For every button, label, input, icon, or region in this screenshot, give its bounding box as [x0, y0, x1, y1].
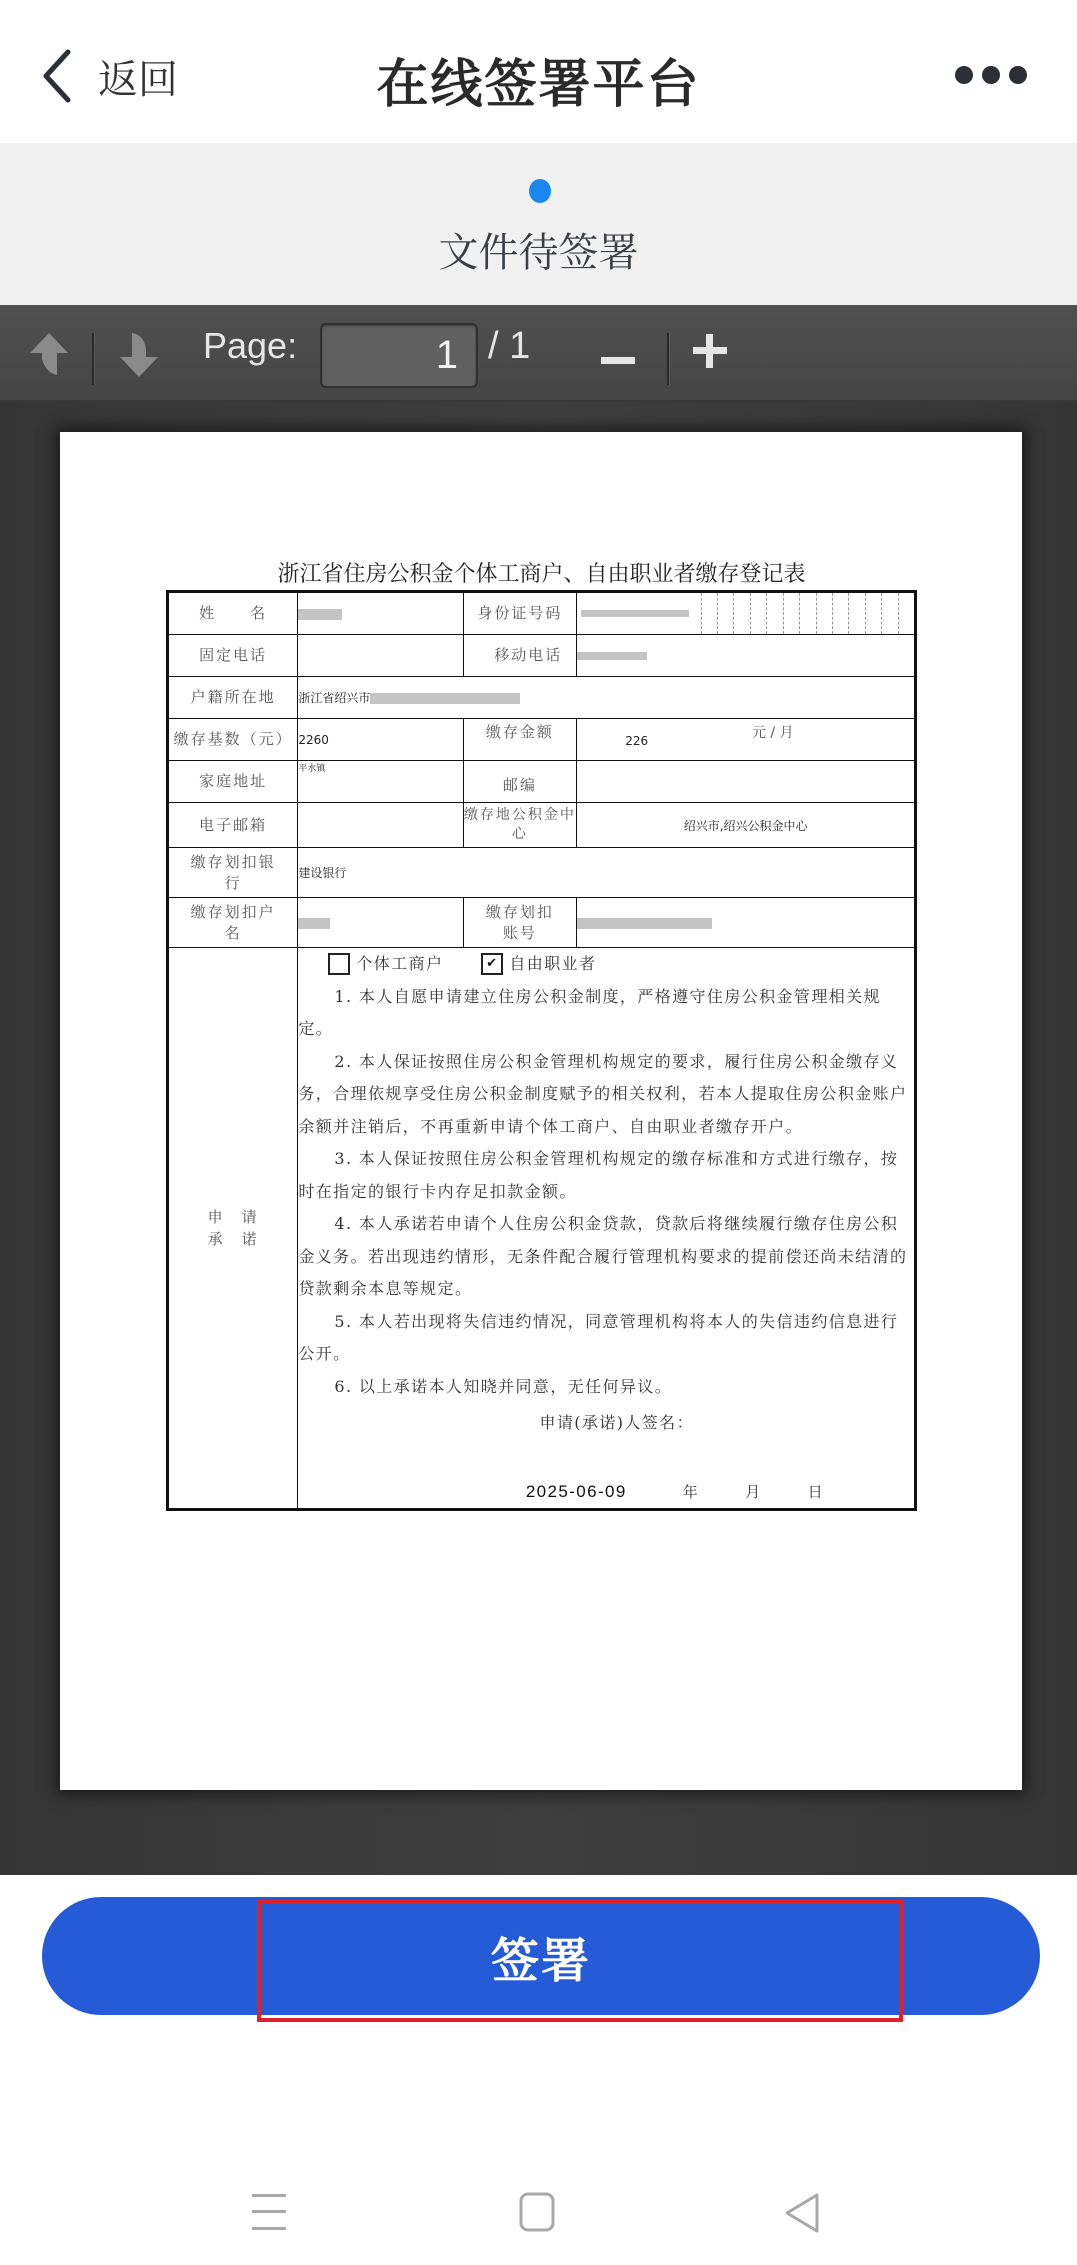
name-value: [298, 592, 463, 635]
page-total: / 1: [488, 325, 530, 368]
system-nav-bar: [0, 2140, 1077, 2265]
option-label: 个体工商户: [356, 948, 443, 981]
table-row: 家庭地址 平水镇 邮编: [168, 761, 916, 803]
registration-form-table: 姓 名 身份证号码 固定电话 移动电话 户籍所在地 浙: [166, 590, 917, 1511]
redacted-value: [581, 610, 689, 617]
date-line: 2025-06-09 年 月 日: [298, 1476, 914, 1509]
signature-label: 申请(承诺)人签名：: [298, 1407, 914, 1440]
email-value: [298, 803, 463, 848]
postcode-value: [577, 761, 916, 803]
commitment-label-line: 申 请: [169, 1206, 297, 1228]
center-label: 缴存地公积金中心: [463, 803, 577, 848]
date-value: 2025-06-09: [526, 1476, 627, 1509]
checkbox-freelancer[interactable]: ✔: [481, 953, 503, 975]
arrow-up-icon[interactable]: [24, 329, 74, 379]
account-name-value: [298, 898, 463, 948]
sign-button[interactable]: 签署: [42, 1897, 1040, 2015]
back-triangle-icon[interactable]: [782, 2192, 822, 2234]
amount-label: 缴存金额: [463, 719, 577, 761]
more-horizontal-icon: [955, 66, 973, 84]
month-label: 月: [745, 1476, 761, 1509]
commitment-content: 个体工商户 ✔ 自由职业者 1. 本人自愿申请建立住房公积金制度，严格遵守住房公…: [298, 948, 916, 1510]
page-label: Page:: [203, 325, 297, 367]
bank-value: 建设银行: [298, 848, 916, 898]
table-row: 姓 名 身份证号码: [168, 592, 916, 635]
household-value: 浙江省绍兴市: [298, 677, 916, 719]
base-value: 2260: [298, 719, 463, 761]
option-label: 自由职业者: [509, 948, 596, 981]
commitment-paragraph: 2. 本人保证按照住房公积金管理机构规定的要求，履行住房公积金缴存义务，合理依规…: [298, 1046, 914, 1144]
id-number-label: 身份证号码: [463, 592, 577, 635]
app-header: 返回 在线签署平台: [0, 0, 1077, 143]
redacted-value: [577, 918, 712, 929]
name-label: 姓 名: [168, 592, 298, 635]
account-no-label: 缴存划扣账号: [463, 898, 577, 948]
amount-value: 226 元 / 月: [577, 719, 916, 761]
checkbox-individual-business[interactable]: [328, 953, 350, 975]
menu-icon[interactable]: [250, 2192, 288, 2232]
more-horizontal-icon: [1009, 66, 1027, 84]
redacted-value: [577, 652, 647, 660]
commitment-label: 申 请 承 诺: [168, 948, 298, 1510]
commitment-paragraph: 5. 本人若出现将失信违约情况，同意管理机构将本人的失信违约信息进行公开。: [298, 1306, 914, 1371]
table-row: 缴存划扣银行 建设银行: [168, 848, 916, 898]
plus-icon[interactable]: [690, 331, 730, 371]
id-number-value: [577, 592, 916, 635]
toolbar-divider: [92, 333, 95, 385]
page-title: 在线签署平台: [0, 42, 1077, 117]
step-label: 文件待签署: [0, 221, 1077, 278]
mobile-label: 移动电话: [463, 635, 577, 677]
table-row: 缴存划扣户名 缴存划扣账号: [168, 898, 916, 948]
more-horizontal-icon: [982, 66, 1000, 84]
table-row: 固定电话 移动电话: [168, 635, 916, 677]
redacted-value: [370, 693, 520, 704]
commitment-paragraph: 4. 本人承诺若申请个人住房公积金贷款，贷款后将继续履行缴存住房公积金义务。若出…: [298, 1208, 914, 1306]
address-value: 平水镇: [298, 761, 463, 803]
account-no-value: [577, 898, 916, 948]
amount-number: 226: [625, 734, 648, 748]
commitment-paragraph: 1. 本人自愿申请建立住房公积金制度，严格遵守住房公积金管理相关规定。: [298, 981, 914, 1046]
commitment-paragraph: 6. 以上承诺本人知晓并同意，无任何异议。: [298, 1371, 914, 1404]
mobile-value: [577, 635, 916, 677]
commitment-label-line: 承 诺: [169, 1228, 297, 1250]
account-name-label: 缴存划扣户名: [168, 898, 298, 948]
home-icon[interactable]: [517, 2192, 557, 2232]
page-number-input[interactable]: [320, 323, 478, 388]
form-title: 浙江省住房公积金个体工商户、自由职业者缴存登记表: [166, 557, 917, 588]
pdf-toolbar: Page: / 1: [0, 305, 1077, 402]
bank-label: 缴存划扣银行: [168, 848, 298, 898]
postcode-label: 邮编: [463, 761, 577, 803]
minus-icon[interactable]: [601, 357, 635, 364]
day-label: 日: [808, 1476, 824, 1509]
more-options-button[interactable]: [955, 66, 1027, 84]
commitment-paragraph: 3. 本人保证按照住房公积金管理机构规定的缴存标准和方式进行缴存，按时在指定的银…: [298, 1143, 914, 1208]
redacted-value: [298, 609, 342, 620]
redacted-value: [298, 918, 330, 929]
email-label: 电子邮箱: [168, 803, 298, 848]
center-value: 绍兴市,绍兴公积金中心: [577, 803, 916, 848]
landline-value: [298, 635, 463, 677]
step-dot-icon: [529, 179, 551, 203]
table-row: 户籍所在地 浙江省绍兴市: [168, 677, 916, 719]
toolbar-divider: [667, 333, 670, 385]
household-text: 浙江省绍兴市: [298, 691, 370, 705]
pdf-viewer[interactable]: 浙江省住房公积金个体工商户、自由职业者缴存登记表 姓 名 身份证号码 固定电话: [0, 402, 1077, 1875]
base-label: 缴存基数（元）: [168, 719, 298, 761]
landline-label: 固定电话: [168, 635, 298, 677]
arrow-down-icon[interactable]: [114, 329, 164, 379]
document-page: 浙江省住房公积金个体工商户、自由职业者缴存登记表 姓 名 身份证号码 固定电话: [60, 432, 1022, 1790]
amount-unit: 元 / 月: [752, 722, 794, 742]
household-label: 户籍所在地: [168, 677, 298, 719]
table-row: 申 请 承 诺 个体工商户 ✔ 自由职业者 1. 本人自愿申请建立住房公积金制度…: [168, 948, 916, 1510]
table-row: 电子邮箱 缴存地公积金中心 绍兴市,绍兴公积金中心: [168, 803, 916, 848]
year-label: 年: [683, 1476, 699, 1509]
type-options: 个体工商户 ✔ 自由职业者: [298, 948, 914, 981]
step-indicator: 文件待签署: [0, 143, 1077, 305]
address-label: 家庭地址: [168, 761, 298, 803]
table-row: 缴存基数（元） 2260 缴存金额 226 元 / 月: [168, 719, 916, 761]
